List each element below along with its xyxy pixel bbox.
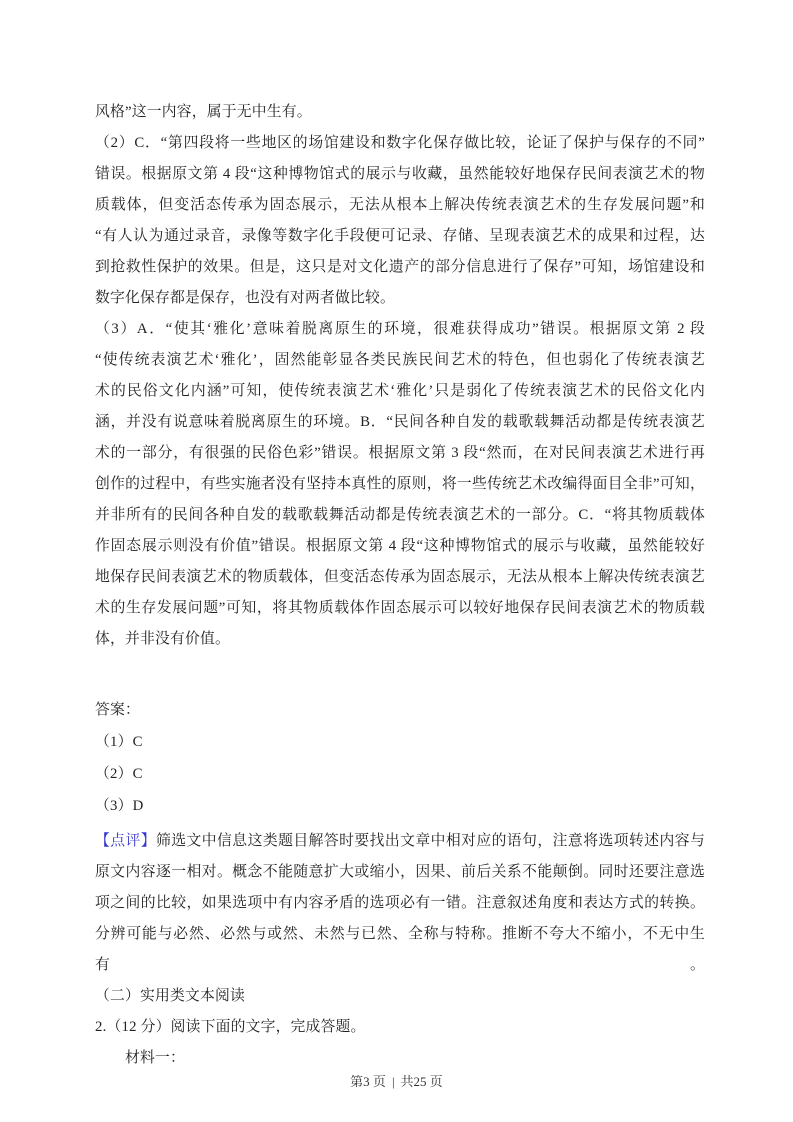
analysis-line: （3）A．“使其‘雅化’意味着脱离原生的环境，很难获得成功”错误。根据原文第 2…: [95, 314, 705, 345]
material-label: 材料一：: [95, 1043, 705, 1074]
question-line: 2.（12 分）阅读下面的文字，完成答题。: [95, 1012, 705, 1043]
analysis-line: 质载体，但变活态传承为固态展示，无法从根本上解决传统表演艺术的生存发展问题”和: [95, 190, 705, 221]
analysis-line: “有人认为通过录音，录像等数字化手段便可记录、存储、呈现表演艺术的成果和过程，达: [95, 221, 705, 252]
analysis-line: 涵，并没有说意味着脱离原生的环境。B．“民间各种自发的载歌载舞活动都是传统表演艺: [95, 407, 705, 438]
answer-item: （1）C: [95, 726, 705, 758]
answer-item: （3）D: [95, 790, 705, 822]
comment-text: 筛选文中信息这类题目解答时要找出文章中相对应的语句，注意将选项转述内容与: [156, 833, 705, 849]
analysis-line: 术的一部分，有很强的民俗色彩”错误。根据原文第 3 段“然而，在对民间表演艺术进…: [95, 438, 705, 469]
paragraph-gap: [95, 655, 705, 694]
answer-label: 答案：: [95, 694, 705, 726]
analysis-line: 并非所有的民间各种自发的载歌载舞活动都是传统表演艺术的一部分。C．“将其物质载体: [95, 500, 705, 531]
analysis-line: 体，并非没有价值。: [95, 624, 705, 655]
analysis-line: 术的民俗文化内涵”可知，使传统表演艺术‘雅化’只是弱化了传统表演艺术的民俗文化内: [95, 376, 705, 407]
page-footer: 第3 页|共25 页: [0, 1074, 793, 1090]
footer-separator: |: [386, 1074, 401, 1089]
analysis-line: “使传统表演艺术‘雅化’，固然能彰显各类民族民间艺术的特色，但也弱化了传统表演艺: [95, 345, 705, 376]
comment-line: 项之间的比较，如果选项中有内容矛盾的选项必有一错。注意叙述角度和表达方式的转换。: [95, 888, 705, 919]
comment-line: 原文内容逐一相对。概念不能随意扩大或缩小，因果、前后关系不能颠倒。同时还要注意选: [95, 857, 705, 888]
comment-tag: 【点评】: [95, 833, 156, 849]
analysis-line: 错误。根据原文第 4 段“这种博物馆式的展示与收藏，虽然能较好地保存民间表演艺术…: [95, 159, 705, 190]
page-number: 第3 页: [350, 1074, 386, 1089]
analysis-line: 术的生存发展问题”可知，将其物质载体作固态展示可以较好地保存民间表演艺术的物质载: [95, 593, 705, 624]
comment-line: 分辨可能与必然、必然与或然、未然与已然、全称与特称。推断不夸大不缩小，不无中生有…: [95, 919, 705, 981]
analysis-line: 创作的过程中，有些实施者没有坚持本真性的原则，将一些传统艺术改编得面目全非”可知…: [95, 469, 705, 500]
page-total: 共25 页: [401, 1074, 443, 1089]
analysis-line: 数字化保存都是保存，也没有对两者做比较。: [95, 283, 705, 314]
analysis-line: 地保存民间表演艺术的物质载体，但变活态传承为固态展示，无法从根本上解决传统表演艺: [95, 562, 705, 593]
document-page: 风格”这一内容，属于无中生有。 （2）C．“第四段将一些地区的场馆建设和数字化保…: [0, 0, 793, 1074]
analysis-line: 到抢救性保护的效果。但是，这只是对文化遗产的部分信息进行了保存”可知，场馆建设和: [95, 252, 705, 283]
analysis-line: 风格”这一内容，属于无中生有。: [95, 97, 705, 128]
section-heading: （二）实用类文本阅读: [95, 981, 705, 1012]
analysis-line: 作固态展示则没有价值”错误。根据原文第 4 段“这种博物馆式的展示与收藏，虽然能…: [95, 531, 705, 562]
answer-block: 答案： （1）C （2）C （3）D: [95, 694, 705, 822]
answer-item: （2）C: [95, 758, 705, 790]
analysis-line: （2）C．“第四段将一些地区的场馆建设和数字化保存做比较，论证了保护与保存的不同…: [95, 128, 705, 159]
comment-line: 【点评】筛选文中信息这类题目解答时要找出文章中相对应的语句，注意将选项转述内容与: [95, 826, 705, 857]
